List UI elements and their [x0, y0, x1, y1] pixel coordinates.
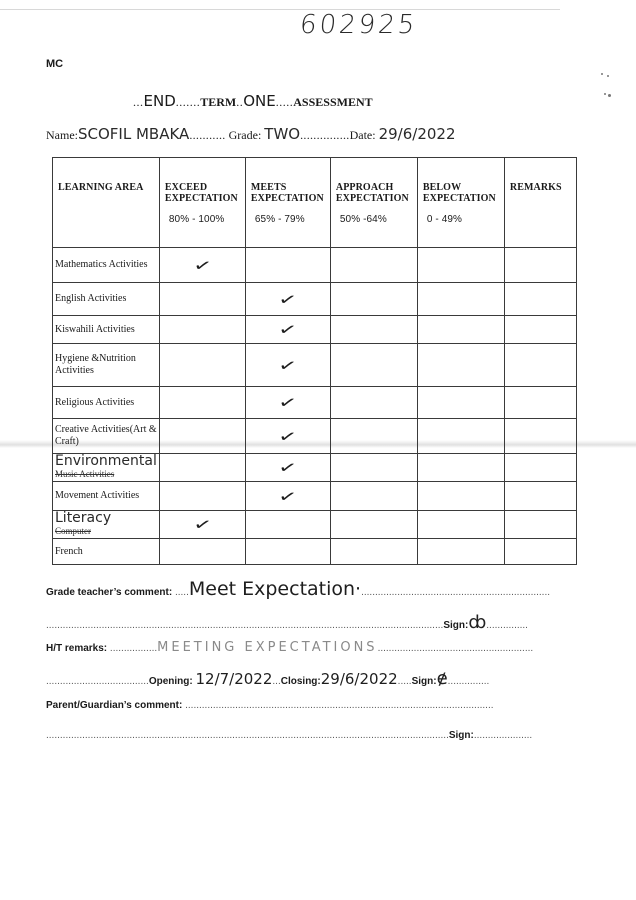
learning-area-name: Mathematics Activities [55, 259, 147, 270]
parent-comment-label: Parent/Guardian’s comment: [46, 700, 182, 711]
table-row: Kiswahili Activities✓ [53, 316, 577, 344]
table-header-row: LEARNING AREA EXCEED EXPECTATION80% - 10… [53, 158, 577, 248]
opening-date: 12/7/2022 [195, 670, 272, 688]
rating-cell[interactable] [504, 419, 576, 454]
rating-cell[interactable] [159, 316, 245, 344]
title-prefix: END [144, 92, 176, 110]
scan-speck [604, 93, 606, 95]
rating-cell[interactable] [417, 454, 504, 482]
parent-sign-field[interactable]: ..................... [474, 730, 532, 741]
learning-area-cell: Kiswahili Activities [53, 316, 160, 344]
rating-cell[interactable]: ✓ [245, 387, 330, 419]
rating-cell[interactable] [245, 539, 330, 565]
rating-cell[interactable]: ✓ [245, 316, 330, 344]
rating-cell[interactable]: ✓ [159, 511, 245, 539]
learning-area-cell: English Activities [53, 283, 160, 316]
grade-teacher-comment: Meet Expectation· [189, 578, 361, 600]
rating-cell[interactable] [245, 511, 330, 539]
parent-comment-line: Parent/Guardian’s comment: .............… [46, 700, 494, 711]
learning-area-name: Kiswahili Activities [55, 324, 135, 335]
rating-cell[interactable] [417, 316, 504, 344]
rating-cell[interactable] [504, 454, 576, 482]
student-info-line: Name:SCOFIL MBAKA........... Grade: TWO.… [46, 125, 456, 143]
learning-area-cell: Religious Activities [53, 387, 160, 419]
name-value: SCOFIL MBAKA [78, 125, 189, 143]
rating-cell[interactable] [330, 454, 417, 482]
date-value: 29/6/2022 [379, 125, 456, 143]
handwritten-area-name: Environmental [55, 454, 157, 468]
rating-cell[interactable] [417, 283, 504, 316]
rating-cell[interactable]: ✓ [159, 248, 245, 283]
header-below: BELOW EXPECTATION0 - 49% [417, 158, 504, 248]
rating-cell[interactable] [417, 511, 504, 539]
table-row: English Activities✓ [53, 283, 577, 316]
scan-speck [601, 73, 603, 75]
rating-cell[interactable]: ✓ [245, 344, 330, 387]
closing-date: 29/6/2022 [321, 670, 398, 688]
rating-cell[interactable] [159, 283, 245, 316]
learning-area-cell: EnvironmentalMusic Activities [53, 454, 160, 482]
rating-cell[interactable] [330, 248, 417, 283]
rating-cell[interactable] [159, 387, 245, 419]
learning-area-cell: Creative Activities(Art & Craft) [53, 419, 160, 454]
ht-signature: ɇ [437, 668, 448, 689]
rating-cell[interactable] [504, 482, 576, 511]
rating-cell[interactable] [330, 482, 417, 511]
rating-cell[interactable]: ✓ [245, 419, 330, 454]
learning-area-name: Movement Activities [55, 490, 139, 501]
header-exceed: EXCEED EXPECTATION80% - 100% [159, 158, 245, 248]
table-row: French [53, 539, 577, 565]
learning-area-name: English Activities [55, 293, 126, 304]
table-row: Mathematics Activities✓ [53, 248, 577, 283]
rating-cell[interactable] [159, 539, 245, 565]
rating-cell[interactable] [159, 419, 245, 454]
learning-area-name: Creative Activities(Art & Craft) [55, 424, 157, 447]
scan-speck [608, 94, 611, 97]
rating-cell[interactable]: ✓ [245, 283, 330, 316]
checkmark-icon: ✓ [277, 392, 298, 413]
rating-cell[interactable] [504, 511, 576, 539]
ht-remarks-value: MEETING EXPECTATIONS [157, 640, 377, 655]
checkmark-icon: ✓ [277, 288, 298, 309]
opening-closing-line: .....................................Ope… [46, 668, 489, 689]
rating-cell[interactable] [330, 283, 417, 316]
rating-cell[interactable] [504, 316, 576, 344]
teacher-signature: ȸ [468, 612, 486, 633]
struck-area-name: Computer [55, 526, 91, 536]
rating-cell[interactable] [330, 344, 417, 387]
rating-cell[interactable] [417, 344, 504, 387]
table-row: Hygiene &Nutrition Activities✓ [53, 344, 577, 387]
checkmark-icon: ✓ [277, 319, 298, 340]
rating-cell[interactable] [330, 511, 417, 539]
rating-cell[interactable] [504, 248, 576, 283]
checkmark-icon: ✓ [192, 514, 213, 535]
checkmark-icon: ✓ [277, 485, 298, 506]
name-label: Name: [46, 128, 78, 142]
rating-cell[interactable] [159, 482, 245, 511]
ht-remarks-label: H/T remarks: [46, 643, 107, 654]
rating-cell[interactable] [504, 539, 576, 565]
learning-area-name: Religious Activities [55, 397, 134, 408]
table-row: Creative Activities(Art & Craft)✓ [53, 419, 577, 454]
ht-sign-label: Sign: [412, 676, 437, 687]
assessment-label: ASSESSMENT [293, 95, 372, 109]
header-approach: APPROACH EXPECTATION50% -64% [330, 158, 417, 248]
rating-cell[interactable] [159, 344, 245, 387]
header-remarks: REMARKS [504, 158, 576, 248]
checkmark-icon: ✓ [192, 254, 213, 275]
rating-cell[interactable]: ✓ [245, 454, 330, 482]
handwritten-area-name: Literacy [55, 511, 157, 525]
scan-speck [607, 75, 609, 77]
table-row: Religious Activities✓ [53, 387, 577, 419]
term-label: TERM [200, 95, 236, 109]
checkmark-icon: ✓ [277, 354, 298, 375]
rating-cell[interactable] [330, 539, 417, 565]
assessment-table: LEARNING AREA EXCEED EXPECTATION80% - 10… [52, 157, 577, 565]
learning-area-cell: Movement Activities [53, 482, 160, 511]
rating-cell[interactable] [159, 454, 245, 482]
ht-remarks-line: H/T remarks: .................MEETING EX… [46, 640, 533, 655]
rating-cell[interactable] [417, 539, 504, 565]
learning-area-name: French [55, 546, 83, 557]
rating-cell[interactable] [417, 387, 504, 419]
rating-cell[interactable] [504, 387, 576, 419]
checkmark-icon: ✓ [277, 425, 298, 446]
rating-cell[interactable] [417, 248, 504, 283]
opening-label: Opening: [149, 676, 193, 687]
header-learning-area: LEARNING AREA [53, 158, 160, 248]
rating-cell[interactable] [504, 344, 576, 387]
serial-number: 602925 [298, 10, 418, 40]
grade-value: TWO [264, 125, 300, 143]
teacher-sign-label: Sign: [443, 620, 468, 631]
table-row: EnvironmentalMusic Activities✓ [53, 454, 577, 482]
parent-sign-line: ........................................… [46, 730, 532, 741]
table-row: Movement Activities✓ [53, 482, 577, 511]
rating-cell[interactable] [504, 283, 576, 316]
learning-area-cell: French [53, 539, 160, 565]
rating-cell[interactable] [417, 482, 504, 511]
struck-area-name: Music Activities [55, 469, 114, 479]
rating-cell[interactable] [417, 419, 504, 454]
grade-teacher-comment-line: Grade teacher’s comment: .....Meet Expec… [46, 578, 550, 600]
scan-top-edge [0, 9, 560, 10]
term-value: ONE [243, 92, 276, 110]
parent-comment-field[interactable]: ........................................… [185, 700, 493, 711]
corner-code: MC [46, 58, 63, 70]
rating-cell[interactable] [330, 316, 417, 344]
rating-cell[interactable] [330, 419, 417, 454]
rating-cell[interactable]: ✓ [245, 482, 330, 511]
parent-sign-label: Sign: [449, 730, 474, 741]
grade-teacher-label: Grade teacher’s comment: [46, 587, 172, 598]
header-meets: MEETS EXPECTATION65% - 79% [245, 158, 330, 248]
learning-area-cell: Hygiene &Nutrition Activities [53, 344, 160, 387]
teacher-sign-line: ........................................… [46, 612, 528, 633]
learning-area-name: Hygiene &Nutrition Activities [55, 353, 136, 376]
learning-area-cell: Mathematics Activities [53, 248, 160, 283]
closing-label: Closing: [281, 676, 321, 687]
table-row: LiteracyComputer✓ [53, 511, 577, 539]
grade-label: Grade: [229, 128, 262, 142]
assessment-title: ...END.......TERM..ONE.....ASSESSMENT [133, 92, 373, 110]
rating-cell[interactable] [245, 248, 330, 283]
checkmark-icon: ✓ [277, 457, 298, 478]
rating-cell[interactable] [330, 387, 417, 419]
learning-area-cell: LiteracyComputer [53, 511, 160, 539]
date-label: Date: [350, 128, 376, 142]
